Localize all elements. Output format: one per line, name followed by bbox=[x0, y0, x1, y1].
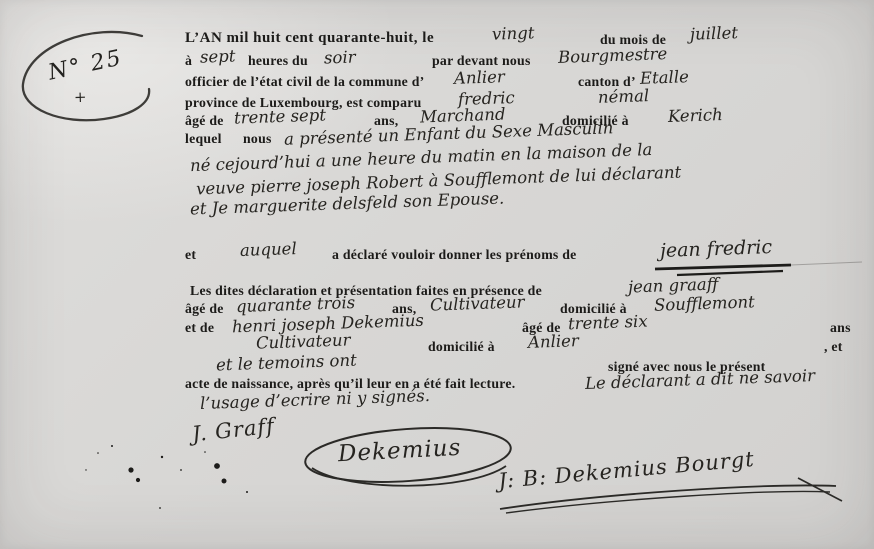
entry-canton: Etalle bbox=[640, 69, 689, 87]
form-year-line: L’AN mil huit cent quarante-huit, le bbox=[185, 31, 434, 46]
signature-bourgmestre: J: B: Dekemius Bourgt bbox=[498, 449, 756, 492]
form-age-witness1: âgé de bbox=[185, 302, 224, 316]
signature-dekemius: Dekemius bbox=[337, 437, 461, 466]
entry-commune: Anlier bbox=[454, 69, 505, 87]
form-donner-prenoms: a déclaré vouloir donner les prénoms de bbox=[332, 248, 577, 262]
ink-specks bbox=[85, 445, 248, 509]
form-et-comma: , et bbox=[824, 340, 843, 354]
entry-day: vingt bbox=[492, 25, 535, 43]
entry-witness2-profession: Cultivateur bbox=[256, 332, 351, 352]
child-name-underline-faint bbox=[791, 262, 862, 265]
margin-cross-mark: + bbox=[74, 90, 87, 105]
form-par-devant-nous: par devant nous bbox=[432, 54, 531, 68]
form-et-de: et de bbox=[185, 321, 214, 335]
form-commune: officier de l’état civil de la commune d… bbox=[185, 75, 425, 89]
entry-witness2-residence: Anlier bbox=[528, 333, 579, 351]
form-a: à bbox=[185, 54, 192, 68]
entry-officer-title: Bourgmestre bbox=[558, 46, 668, 66]
entry-temoins-ont: et le temoins ont bbox=[216, 353, 357, 374]
form-domicilie-witness2: domicilié à bbox=[428, 340, 495, 354]
entry-hour: sept bbox=[200, 48, 236, 66]
entry-declarant-cannot-sign-2: l’usage d’ecrire ni y signés. bbox=[200, 388, 430, 413]
entry-auquel: auquel bbox=[240, 241, 297, 259]
form-age-declarant: âgé de bbox=[185, 114, 224, 128]
entry-declarant-residence: Kerich bbox=[668, 107, 723, 125]
entry-time-of-day: soir bbox=[324, 49, 356, 67]
entry-month: juillet bbox=[690, 25, 739, 43]
entry-child-name: jean fredric bbox=[660, 238, 773, 261]
entry-declarant-surname: némal bbox=[598, 88, 650, 106]
form-et: et bbox=[185, 248, 196, 262]
form-ans-witness2: ans bbox=[830, 321, 851, 335]
signature-graff: J. Graff bbox=[191, 416, 276, 446]
entry-witness1-profession: Cultivateur bbox=[430, 294, 525, 314]
birth-record-document: N° 25 + L’AN mil huit cent quarante-huit… bbox=[0, 0, 874, 549]
form-nous: nous bbox=[243, 132, 272, 146]
act-number: N° 25 bbox=[47, 47, 125, 84]
child-name-underline bbox=[655, 265, 791, 269]
entry-witness2-age: trente six bbox=[568, 314, 648, 333]
form-heures-du: heures du bbox=[248, 54, 308, 68]
entry-witness1-age: quarante trois bbox=[236, 295, 356, 316]
form-lequel: lequel bbox=[185, 132, 222, 146]
entry-declarant-age: trente sept bbox=[234, 107, 327, 127]
entry-witness1-residence: Soufflemont bbox=[654, 294, 755, 314]
